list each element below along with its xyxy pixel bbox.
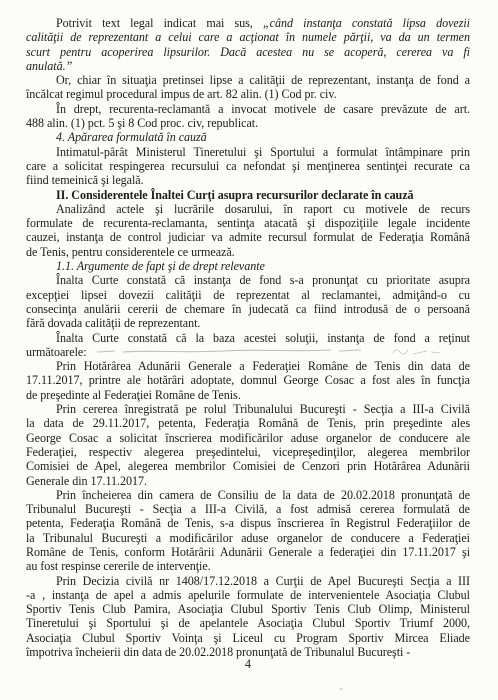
text-segment: excepţiei lipsei dovezii calităţii de re… (26, 288, 470, 302)
text-segment: cauzei, instanţa de control judiciar va … (26, 230, 470, 244)
text-line: formulate de recurenta-reclamanta, senti… (26, 216, 470, 230)
text-segment: au fost respinse cererile de intervenţie… (26, 559, 211, 573)
text-line: cauzei, instanţa de control judiciar va … (26, 230, 470, 244)
paragraph: Analizând actele şi lucrările dosarului,… (26, 202, 470, 259)
paragraph: Intimatul-pârât Ministerul Tineretului ş… (26, 145, 470, 188)
text-line: -a , instanţa de apel a admis apelurile … (26, 588, 470, 602)
text-segment: formulate de recurenta-reclamanta, senti… (26, 216, 470, 230)
text-segment: care a solicitat respingerea recursului … (26, 159, 470, 173)
text-segment: Or, chiar în situaţia pretinsei lipse a … (56, 73, 470, 87)
text-segment: la Tribunalul Bucureşti a modificărilor … (26, 531, 470, 545)
text-segment: anulată.” (26, 59, 72, 73)
paragraph: Înalta Curte constată că instanţa de fon… (26, 273, 470, 330)
text-segment: următoarele: (26, 345, 87, 359)
text-segment: de preşedinte al Federaţiei Române de Te… (26, 388, 241, 402)
paragraph: Prin Decizia civilă nr 1408/17.12.2018 a… (26, 574, 470, 660)
text-segment: „când instanţa constată lipsa dovezii (263, 16, 470, 30)
text-segment: În drept, recurenta-reclamantă a invocat… (56, 102, 470, 116)
text-line: au fost respinse cererile de intervenţie… (26, 559, 470, 573)
text-line: II. Considerentele Înaltei Curţi asupra … (26, 188, 470, 202)
text-line: În drept, recurenta-reclamantă a invocat… (26, 102, 470, 116)
section-heading: 4. Apărarea formulată în cauză (26, 130, 470, 144)
text-segment: Comisiei de Apel, alegerea membrilor Com… (26, 459, 470, 473)
text-line: fiind temeinică şi legală. (26, 173, 470, 187)
text-segment: II. Considerentele Înaltei Curţi asupra … (56, 188, 414, 202)
paragraph: Prin Hotărârea Adunării Generale a Feder… (26, 359, 470, 402)
text-line: anulată.” (26, 59, 470, 73)
text-segment: 17.11.2017, printre ale hotărâri adoptat… (26, 373, 470, 387)
text-segment: Înalta Curte constată că instanţa de fon… (56, 273, 470, 287)
text-segment: petenta, Federaţia Română de Tenis, s-a … (26, 516, 470, 530)
text-line: George Cosac a solicitat înscrierea modi… (26, 431, 470, 445)
text-segment: Generale din 17.11.2017. (26, 474, 147, 488)
text-segment: Prin cererea înregistrată pe rolul Tribu… (56, 402, 470, 416)
text-line: calităţii de reprezentant a celui care a… (26, 30, 470, 44)
text-line: excepţiei lipsei dovezii calităţii de re… (26, 288, 470, 302)
section-heading: II. Considerentele Înaltei Curţi asupra … (26, 188, 470, 202)
text-segment: Prin încheierea din camera de Consiliu d… (56, 488, 470, 502)
text-segment: Prin Decizia civilă nr 1408/17.12.2018 a… (56, 574, 470, 588)
paragraph: Prin cererea înregistrată pe rolul Tribu… (26, 402, 470, 488)
paragraph: În drept, recurenta-reclamantă a invocat… (26, 102, 470, 131)
text-segment: fără dovada calităţii de reprezentant. (26, 316, 200, 330)
text-line: Generale din 17.11.2017. (26, 474, 470, 488)
text-line: 488 alin. (1) pct. 5 şi 8 Cod proc. civ,… (26, 116, 470, 130)
text-segment: George Cosac a solicitat înscrierea modi… (26, 431, 470, 445)
text-segment: 488 alin. (1) pct. 5 şi 8 Cod proc. civ,… (26, 116, 258, 130)
text-segment: Tribunalul Bucureşti - Secţia a III-a Ci… (26, 502, 470, 516)
text-line: Tineretului şi Sportului şi de apelantel… (26, 616, 470, 630)
text-line: scurt pentru acoperirea lipsurilor. Dacă… (26, 45, 470, 59)
text-segment: scurt pentru acoperirea lipsurilor. Dacă… (26, 45, 470, 59)
text-segment: Federaţiei, respectiv alegerea preşedint… (26, 445, 470, 459)
text-segment: Tineretului şi Sportului şi de apelantel… (26, 616, 470, 630)
text-segment: fiind temeinică şi legală. (26, 173, 144, 187)
text-segment: calităţii de reprezentant a celui care a… (26, 30, 470, 44)
text-line: Prin cererea înregistrată pe rolul Tribu… (26, 402, 470, 416)
text-segment: Asociaţia Clubul Sportiv Voinţa şi Liceu… (26, 631, 470, 645)
scan-speck (409, 22, 412, 24)
text-line: consecinţa anulării cererii de chemare î… (26, 302, 470, 316)
text-line: fără dovada calităţii de reprezentant. (26, 316, 470, 330)
text-line: de preşedinte al Federaţiei Române de Te… (26, 388, 470, 402)
text-segment: 1.1. Argumente de fapt şi de drept relev… (56, 259, 265, 273)
document-page: Potrivit text legal indicat mai sus, „câ… (0, 0, 498, 700)
text-line: Române de Tenis, conform Hotărârii Adună… (26, 545, 470, 559)
text-line: Sportiv Tenis Club Pamira, Asociaţia Clu… (26, 602, 470, 616)
text-line: Analizând actele şi lucrările dosarului,… (26, 202, 470, 216)
text-line: Federaţiei, respectiv alegerea preşedint… (26, 445, 470, 459)
text-line: Prin Decizia civilă nr 1408/17.12.2018 a… (26, 574, 470, 588)
section-heading: 1.1. Argumente de fapt şi de drept relev… (26, 259, 470, 273)
text-line: Înalta Curte constată că instanţa de fon… (26, 273, 470, 287)
text-line: încălcat regimul procedural impus de art… (26, 87, 470, 101)
text-segment: 4. Apărarea formulată în cauză (56, 130, 207, 144)
text-line: Prin Hotărârea Adunării Generale a Feder… (26, 359, 470, 373)
paragraph: Prin încheierea din camera de Consiliu d… (26, 488, 470, 574)
text-line: de Tenis, pentru considerentele ce urmea… (26, 245, 470, 259)
text-line: Prin încheierea din camera de Consiliu d… (26, 488, 470, 502)
text-segment: de Tenis, pentru considerentele ce urmea… (26, 245, 235, 259)
text-line: Asociaţia Clubul Sportiv Voinţa şi Liceu… (26, 631, 470, 645)
page-number: 4 (26, 657, 470, 672)
text-segment: -a , instanţa de apel a admis apelurile … (26, 588, 470, 602)
text-line: următoarele: (26, 345, 470, 359)
text-segment: încălcat regimul procedural impus de art… (26, 87, 337, 101)
text-segment: Prin Hotărârea Adunării Generale a Feder… (56, 359, 470, 373)
text-line: Potrivit text legal indicat mai sus, „câ… (26, 16, 470, 30)
text-segment: la data de 29.11.2017, petenta, Federaţi… (26, 416, 470, 430)
text-line: 4. Apărarea formulată în cauză (26, 130, 470, 144)
text-line: 17.11.2017, printre ale hotărâri adoptat… (26, 373, 470, 387)
text-segment: Înalta Curte constată că la baza acestei… (56, 331, 470, 345)
text-segment: Sportiv Tenis Club Pamira, Asociaţia Clu… (26, 602, 470, 616)
paragraph: Or, chiar în situaţia pretinsei lipse a … (26, 73, 470, 102)
pen-scribble-mark (93, 345, 445, 355)
text-segment: Potrivit text legal indicat mai sus, (56, 16, 263, 30)
text-segment: Analizând actele şi lucrările dosarului,… (56, 202, 470, 216)
text-line: Tribunalul Bucureşti - Secţia a III-a Ci… (26, 502, 470, 516)
paragraph: Potrivit text legal indicat mai sus, „câ… (26, 16, 470, 73)
text-segment: Române de Tenis, conform Hotărârii Adună… (26, 545, 470, 559)
paragraph: Înalta Curte constată că la baza acestei… (26, 331, 470, 360)
text-line: la Tribunalul Bucureşti a modificărilor … (26, 531, 470, 545)
text-line: petenta, Federaţia Română de Tenis, s-a … (26, 516, 470, 530)
text-segment: consecinţa anulării cererii de chemare î… (26, 302, 470, 316)
text-line: la data de 29.11.2017, petenta, Federaţi… (26, 416, 470, 430)
text-line: Comisiei de Apel, alegerea membrilor Com… (26, 459, 470, 473)
text-segment: Intimatul-pârât Ministerul Tineretului ş… (56, 145, 470, 159)
text-line: Intimatul-pârât Ministerul Tineretului ş… (26, 145, 470, 159)
text-line: 1.1. Argumente de fapt şi de drept relev… (26, 259, 470, 273)
text-line: care a solicitat respingerea recursului … (26, 159, 470, 173)
scan-speck (339, 688, 343, 690)
text-line: Or, chiar în situaţia pretinsei lipse a … (26, 73, 470, 87)
document-body: Potrivit text legal indicat mai sus, „câ… (26, 16, 470, 659)
text-line: Înalta Curte constată că la baza acestei… (26, 331, 470, 345)
